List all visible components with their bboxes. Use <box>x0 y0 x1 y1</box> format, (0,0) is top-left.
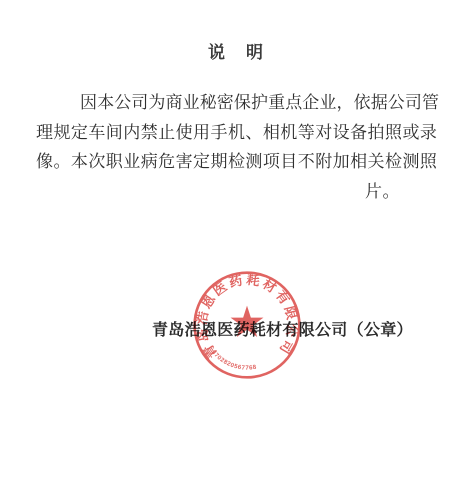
company-seal-graphic: 青岛浩恩医药耗材有限公司 3702820567768 <box>186 264 308 386</box>
paragraph-line-3: 像。本次职业病危害定期检测项目不附加相关检测照 <box>36 147 439 177</box>
company-seal: 青岛浩恩医药耗材有限公司 3702820567768 <box>186 264 308 386</box>
page-title: 说 明 <box>0 38 473 63</box>
body-paragraph: 因本公司为商业秘密保护重点企业，依据公司管 理规定车间内禁止使用手机、相机等对设… <box>36 88 439 206</box>
paragraph-line-1: 因本公司为商业秘密保护重点企业，依据公司管 <box>36 88 439 118</box>
document-page: 说 明 因本公司为商业秘密保护重点企业，依据公司管 理规定车间内禁止使用手机、相… <box>0 0 473 479</box>
paragraph-line-2: 理规定车间内禁止使用手机、相机等对设备拍照或录 <box>36 118 439 148</box>
paragraph-line-4: 片。 <box>365 177 439 207</box>
seal-star-icon <box>231 306 264 337</box>
